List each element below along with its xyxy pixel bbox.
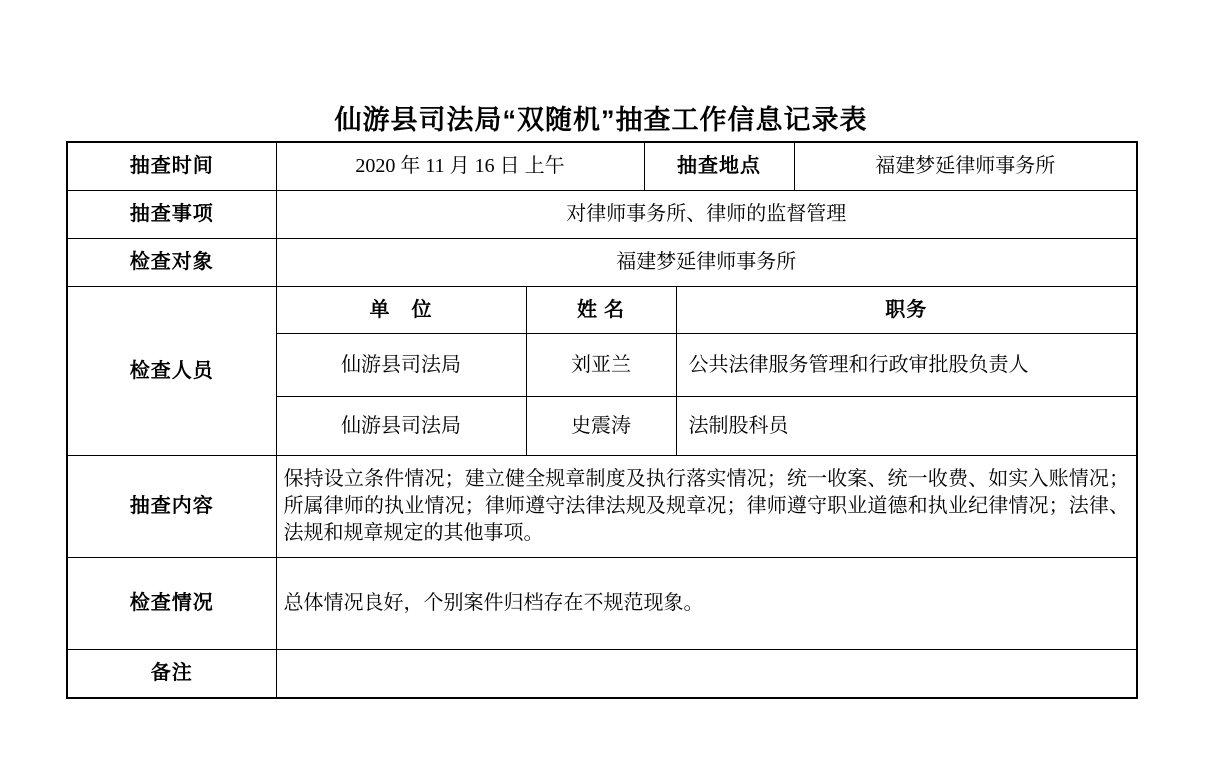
inspector-unit: 仙游县司法局 [276, 334, 526, 397]
row-matter: 抽查事项 对律师事务所、律师的监督管理 [67, 191, 1137, 239]
header-unit: 单 位 [276, 287, 526, 334]
label-remark: 备注 [67, 650, 276, 699]
inspector-title: 公共法律服务管理和行政审批股负责人 [676, 334, 1137, 397]
label-inspection-result: 检查情况 [67, 558, 276, 650]
row-remark: 备注 [67, 650, 1137, 699]
inspector-title: 法制股科员 [676, 397, 1137, 456]
label-inspection-content: 抽查内容 [67, 456, 276, 558]
value-inspection-content: 保持设立条件情况；建立健全规章制度及执行落实情况；统一收案、统一收费、如实入账情… [276, 456, 1137, 558]
row-result: 检查情况 总体情况良好，个别案件归档存在不规范现象。 [67, 558, 1137, 650]
label-inspection-time: 抽查时间 [67, 142, 276, 191]
value-remark [276, 650, 1137, 699]
label-inspection-location: 抽查地点 [644, 142, 794, 191]
value-inspection-result: 总体情况良好，个别案件归档存在不规范现象。 [276, 558, 1137, 650]
label-inspection-target: 检查对象 [67, 239, 276, 287]
row-time-location: 抽查时间 2020 年 11 月 16 日 上午 抽查地点 福建梦延律师事务所 [67, 142, 1137, 191]
header-title: 职务 [676, 287, 1137, 334]
inspector-unit: 仙游县司法局 [276, 397, 526, 456]
value-inspection-location: 福建梦延律师事务所 [794, 142, 1137, 191]
value-inspection-time: 2020 年 11 月 16 日 上午 [276, 142, 644, 191]
label-inspection-matter: 抽查事项 [67, 191, 276, 239]
label-inspectors: 检查人员 [67, 287, 276, 456]
record-table: 抽查时间 2020 年 11 月 16 日 上午 抽查地点 福建梦延律师事务所 … [66, 141, 1138, 699]
inspector-name: 史震涛 [526, 397, 676, 456]
row-content: 抽查内容 保持设立条件情况；建立健全规章制度及执行落实情况；统一收案、统一收费、… [67, 456, 1137, 558]
row-target: 检查对象 福建梦延律师事务所 [67, 239, 1137, 287]
value-inspection-matter: 对律师事务所、律师的监督管理 [276, 191, 1137, 239]
document-page: 仙游县司法局“双随机”抽查工作信息记录表 抽查时间 2020 年 11 月 16… [0, 0, 1207, 758]
document-title: 仙游县司法局“双随机”抽查工作信息记录表 [66, 98, 1136, 137]
value-inspection-target: 福建梦延律师事务所 [276, 239, 1137, 287]
row-inspectors-header: 检查人员 单 位 姓 名 职务 [67, 287, 1137, 334]
inspector-name: 刘亚兰 [526, 334, 676, 397]
header-name: 姓 名 [526, 287, 676, 334]
